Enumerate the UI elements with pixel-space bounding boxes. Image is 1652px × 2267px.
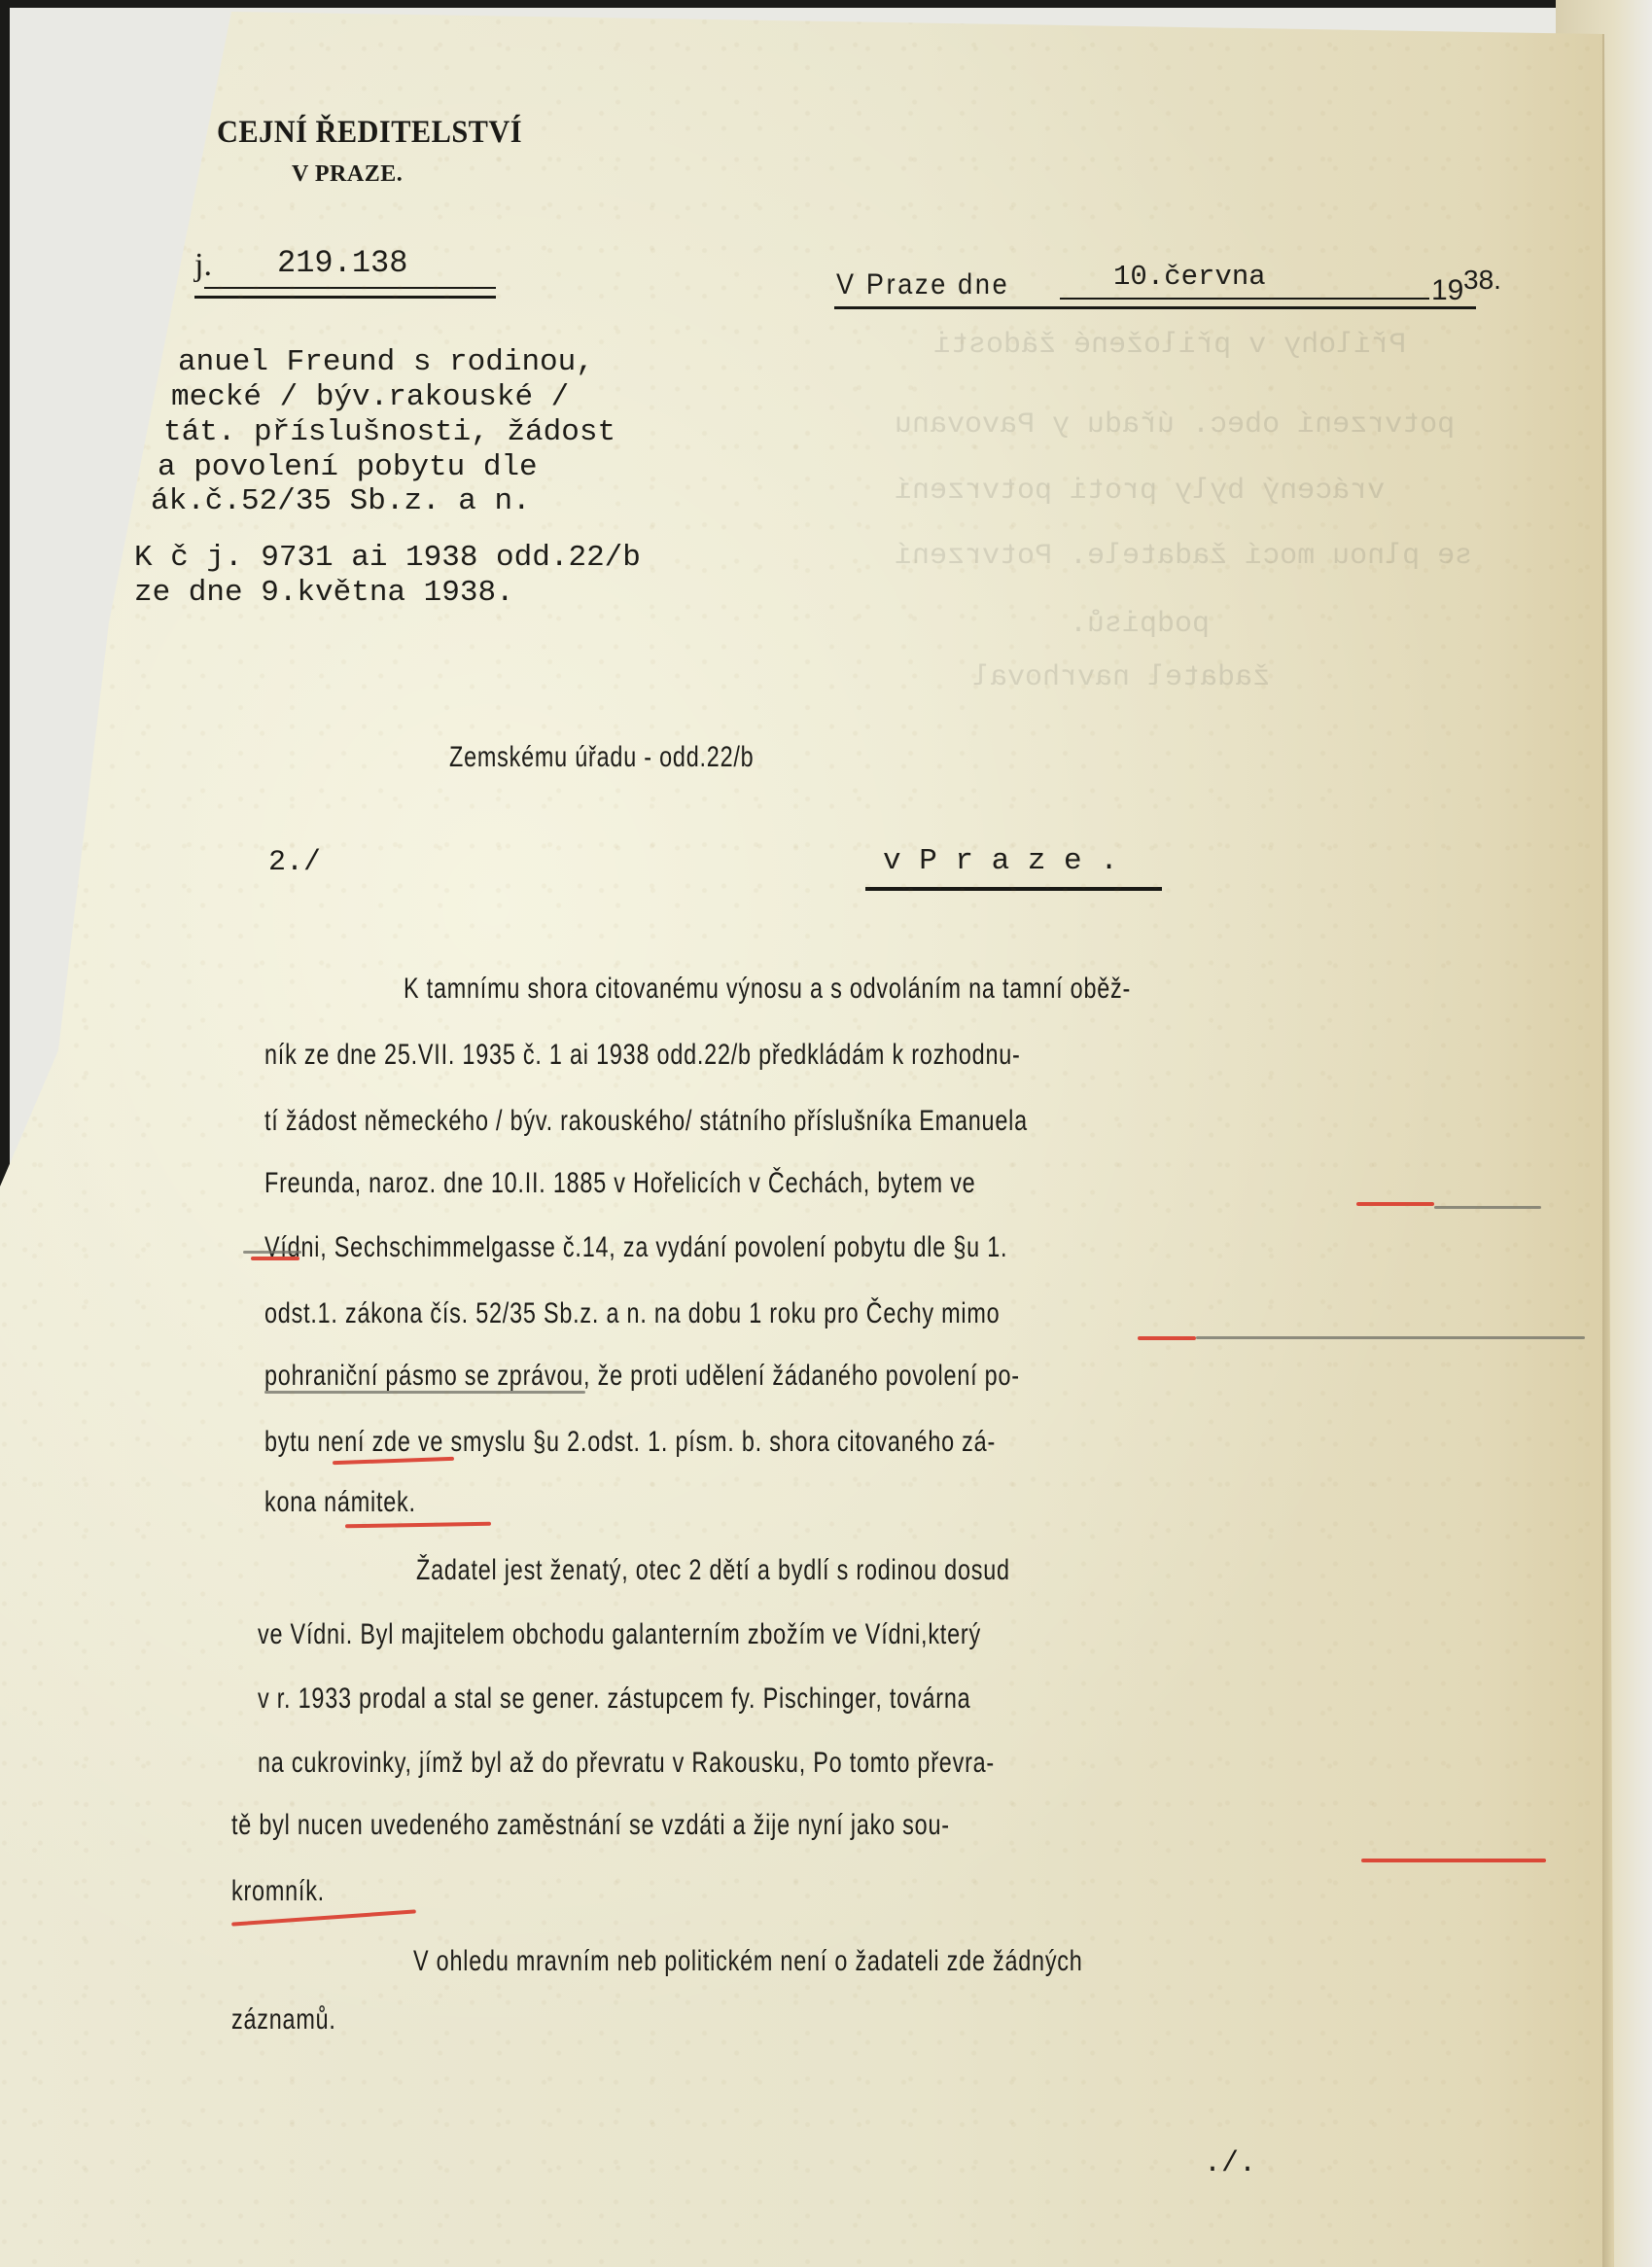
red-underline-1-roku bbox=[1138, 1336, 1196, 1340]
red-underline-jako-sou bbox=[1361, 1859, 1546, 1862]
subject-line: a povolení pobytu dle bbox=[158, 450, 538, 484]
body-line: bytu není zde ve smyslu §u 2.odst. 1. pí… bbox=[264, 1426, 996, 1459]
body-line: v r. 1933 prodal a stal se gener. zástup… bbox=[258, 1683, 970, 1716]
dateline-rule-thin bbox=[1060, 298, 1429, 300]
bleed-through-line: podpisů. bbox=[1070, 608, 1210, 641]
red-underline-namitek bbox=[345, 1522, 491, 1529]
body-line: Žadatel jest ženatý, otec 2 dětí a bydlí… bbox=[416, 1554, 1010, 1587]
body-line: odst.1. zákona čís. 52/35 Sb.z. a n. na … bbox=[264, 1297, 1000, 1330]
body-line: Freunda, naroz. dne 10.II. 1885 v Hořeli… bbox=[264, 1167, 975, 1200]
reference-number: 219.138 bbox=[277, 245, 407, 281]
body-line: tí žádost německého / býv. rakouského/ s… bbox=[264, 1105, 1028, 1138]
body-line: ník ze dne 25.VII. 1935 č. 1 ai 1938 odd… bbox=[264, 1039, 1021, 1072]
dateline-year-prefix: 19 bbox=[1431, 274, 1463, 307]
gray-underline-pro-cechy-mimo bbox=[1196, 1336, 1585, 1339]
body-line: ve Vídni. Byl majitelem obchodu galanter… bbox=[258, 1618, 981, 1651]
addressee-city: v P r a z e . bbox=[883, 844, 1118, 878]
body-line: tě byl nucen uvedeného zaměstnání se vzd… bbox=[231, 1809, 950, 1842]
addressee-city-underline bbox=[865, 887, 1162, 891]
gray-underline-pohranicni-pasmo bbox=[264, 1391, 585, 1394]
body-line: K tamnímu shora citovanému výnosu a s od… bbox=[404, 973, 1131, 1006]
body-line: pohraniční pásmo se zprávou, že proti ud… bbox=[264, 1360, 1020, 1393]
gray-underline-vidni bbox=[243, 1251, 301, 1254]
dateline-year-suffix: 38. bbox=[1463, 265, 1501, 296]
letterhead-city: V PRAZE. bbox=[292, 161, 403, 188]
subject-line: mecké / býv.rakouské / bbox=[171, 380, 569, 414]
red-underline-vidni bbox=[251, 1257, 299, 1260]
body-line: kromník. bbox=[231, 1875, 325, 1908]
bleed-through-line: žadatel navrhoval bbox=[972, 661, 1270, 694]
bleed-through-line: potvrzení obec. úřadu y Pavovanu bbox=[895, 408, 1455, 442]
continuation-mark: ./. bbox=[1204, 2147, 1256, 2180]
red-underline-bytem-ve bbox=[1356, 1202, 1434, 1206]
subject-line: tát. příslušnosti, žádost bbox=[163, 415, 615, 449]
letterhead-office: CEJNÍ ŘEDITELSTVÍ bbox=[217, 115, 522, 151]
subject-line: anuel Freund s rodinou, bbox=[178, 345, 594, 379]
copy-marker: 2./ bbox=[268, 846, 321, 879]
bleed-through-line: se plnou mocí žadatele. Potvrzení bbox=[895, 540, 1472, 573]
reference-rule-thin bbox=[204, 287, 496, 289]
red-underline-neni bbox=[333, 1457, 454, 1465]
dateline-rule-thick bbox=[834, 306, 1476, 309]
document-page: Přílohy v přiložené žádosti potvrzení ob… bbox=[0, 0, 1643, 2267]
dateline-prefix: V Praze dne bbox=[836, 268, 1009, 301]
red-underline-kromnik bbox=[231, 1909, 416, 1926]
subject-line: ák.č.52/35 Sb.z. a n. bbox=[151, 484, 531, 518]
subject-reference: K č j. 9731 ai 1938 odd.22/b bbox=[134, 541, 641, 575]
gray-underline-bytem-ve bbox=[1434, 1206, 1541, 1209]
subject-reference-date: ze dne 9.května 1938. bbox=[134, 576, 514, 610]
body-line: kona námitek. bbox=[264, 1486, 416, 1519]
bleed-through-line: vrácený byly proti potvrzení bbox=[895, 475, 1385, 508]
body-line: V ohledu mravním neb politickém není o ž… bbox=[413, 1945, 1083, 1978]
body-line: Vídni, Sechschimmelgasse č.14, za vydání… bbox=[264, 1231, 1007, 1264]
bleed-through-line: Přílohy v přiložené žádosti bbox=[933, 329, 1406, 362]
reference-rule-thick bbox=[194, 296, 496, 299]
addressee-office: Zemskému úřadu - odd.22/b bbox=[449, 741, 754, 774]
body-line: na cukrovinky, jímž byl až do převratu v… bbox=[258, 1747, 995, 1780]
reference-label: j. bbox=[194, 247, 212, 284]
body-line: záznamů. bbox=[231, 2003, 336, 2037]
dateline-day-month: 10.června bbox=[1113, 261, 1266, 293]
